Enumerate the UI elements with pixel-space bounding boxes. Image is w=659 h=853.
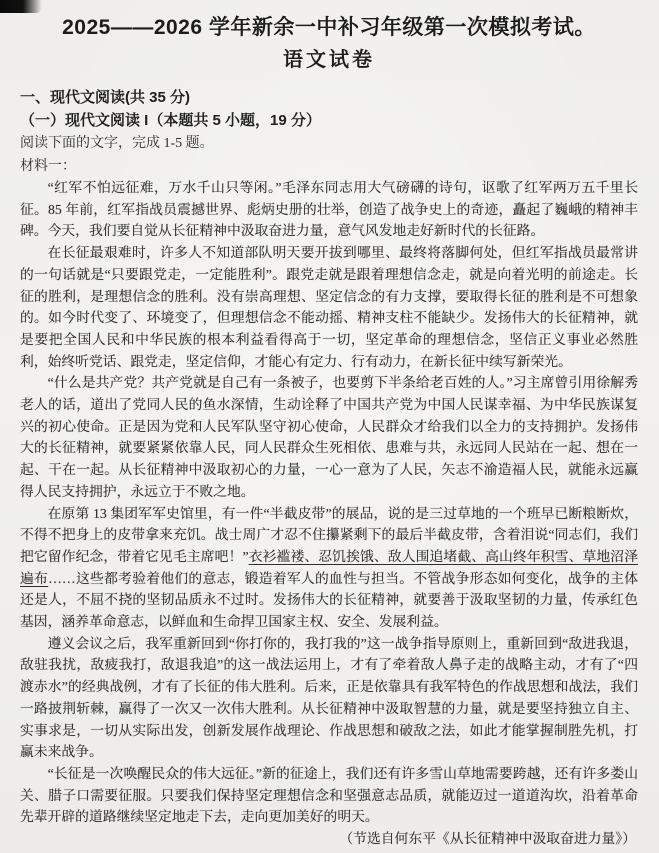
material-label: 材料一： xyxy=(20,157,638,177)
material-paragraph-6: “长征是一次唤醒民众的伟大远征。”新的征途上，我们还有许多雪山草地需要跨越，还有… xyxy=(20,763,638,828)
scan-artifact-corner xyxy=(0,0,42,13)
paragraph-text: 在长征最艰难时，许多人不知道部队明天要开拔到哪里、最终将落脚何处，但红军指战员最… xyxy=(20,245,638,369)
subsection-heading-reading-1: （一）现代文阅读 I（本题共 5 小题，19 分） xyxy=(20,111,638,131)
exam-title: 2025——2026 学年新余一中补习年级第一次模拟考试。 xyxy=(20,14,638,42)
exam-paper-page: 2025——2026 学年新余一中补习年级第一次模拟考试。 语文试卷 一、现代文… xyxy=(0,0,659,853)
reading-instruction: 阅读下面的文字，完成 1-5 题。 xyxy=(20,134,638,154)
material-paragraph-5: 遵义会议之后，我军重新回到“你打你的，我打我的”这一战争指导原则上，重新回到“敌… xyxy=(20,633,638,763)
source-citation: （节选自何东平《从长征精神中汲取奋进力量》） xyxy=(20,828,638,850)
paragraph-text: “红军不怕远征难，万水千山只等闲。”毛泽东同志用大气磅礴的诗句，讴歌了红军两万五… xyxy=(20,180,638,238)
paragraph-text: “什么是共产党？共产党就是自己有一条被子，也要剪下半条给老百姓的人。”习主席曾引… xyxy=(20,375,638,499)
material-paragraph-2: 在长征最艰难时，许多人不知道部队明天要开拔到哪里、最终将落脚何处，但红军指战员最… xyxy=(20,242,638,372)
paragraph-text: “长征是一次唤醒民众的伟大远征。”新的征途上，我们还有许多雪山草地需要跨越，还有… xyxy=(20,766,638,824)
material-paragraph-1: “红军不怕远征难，万水千山只等闲。”毛泽东同志用大气磅礴的诗句，讴歌了红军两万五… xyxy=(20,177,638,242)
material-paragraph-4: 在原第 13 集团军军史馆里，有一件“半截皮带”的展品，说的是三过草地的一个班早… xyxy=(20,503,638,633)
paragraph-text: ……这些都考验着他们的意志，锻造着军人的血性与担当。不管战争形态如何变化，战争的… xyxy=(20,571,638,629)
exam-subtitle: 语文试卷 xyxy=(20,47,638,73)
paragraph-text: 遵义会议之后，我军重新回到“你打你的，我打我的”这一战争指导原则上，重新回到“敌… xyxy=(20,636,638,760)
page-content: 2025——2026 学年新余一中补习年级第一次模拟考试。 语文试卷 一、现代文… xyxy=(20,14,638,850)
material-paragraph-3: “什么是共产党？共产党就是自己有一条被子，也要剪下半条给老百姓的人。”习主席曾引… xyxy=(20,372,638,502)
section-heading-modern-reading: 一、现代文阅读(共 35 分) xyxy=(20,88,638,108)
